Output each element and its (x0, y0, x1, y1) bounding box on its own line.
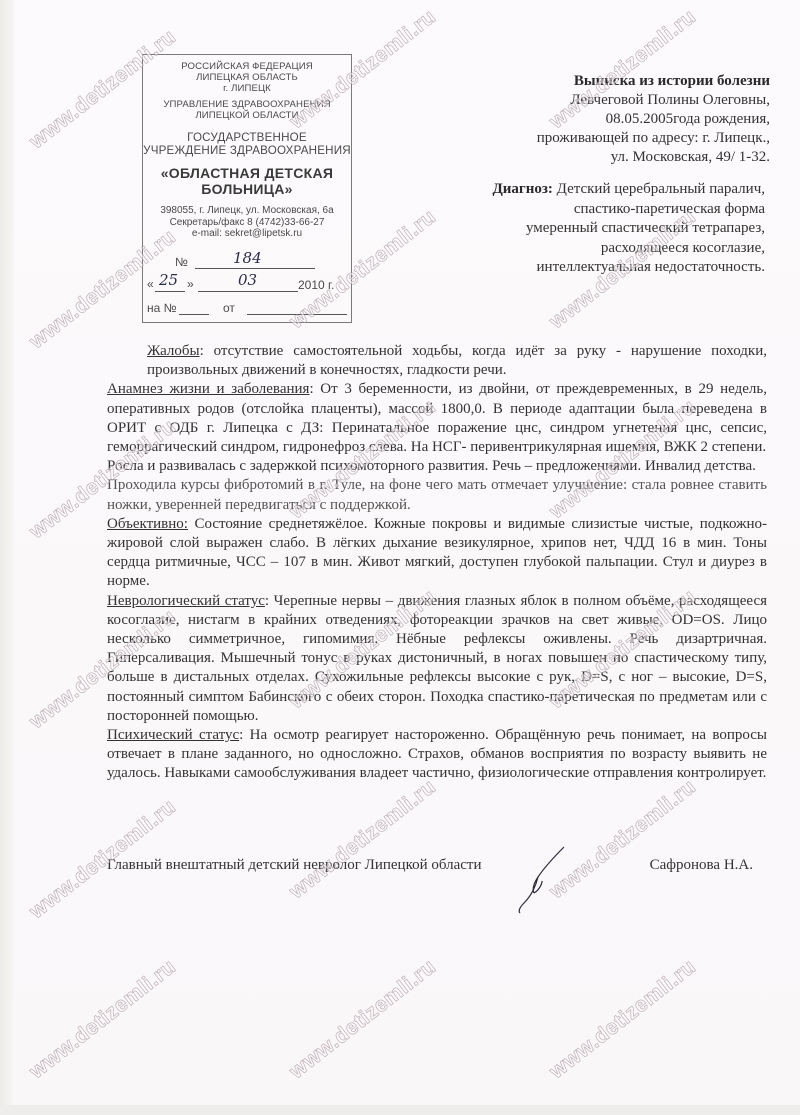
watermark-text: www.detizemli.ru (285, 775, 441, 904)
medical-record-body: Жалобы: отсутствие самостоятельной ходьб… (107, 342, 767, 784)
anamnesis-label: Анамнез жизни и заболевания (107, 381, 309, 397)
stamp-phone: Секретарь/факс 8 (4742)33-66-27 (143, 217, 351, 229)
date-year: 2010 г. (298, 278, 334, 292)
document-page: РОССИЙСКАЯ ФЕДЕРАЦИЯ ЛИПЕЦКАЯ ОБЛАСТЬ г.… (0, 0, 800, 1115)
treatment-section: Проходила курсы фибротомий в г. Туле, на… (107, 476, 767, 514)
complaints-label: Жалобы (147, 343, 200, 359)
stamp-line: ГОСУДАРСТВЕННОЕ (143, 131, 351, 144)
watermark-text: www.detizemli.ru (545, 955, 701, 1084)
stamp-email: e-mail: sekret@lipetsk.ru (143, 228, 351, 240)
stamp-line: УЧРЕЖДЕНИЕ ЗДРАВООХРАНЕНИЯ (143, 144, 351, 157)
patient-address: ул. Московская, 49/ 1-32. (440, 148, 770, 167)
stamp-line: г. ЛИПЕЦК (143, 83, 351, 94)
hospital-name: «ОБЛАСТНАЯ ДЕТСКАЯ (143, 165, 351, 181)
complaints-section: Жалобы: отсутствие самостоятельной ходьб… (107, 342, 767, 380)
watermark-text: www.detizemli.ru (285, 955, 441, 1084)
development-section: Росла и развивалась с задержкой психомот… (107, 457, 767, 476)
stamp-line: РОССИЙСКАЯ ФЕДЕРАЦИЯ (143, 61, 351, 72)
psych-section: Психический статус: На осмотр реагирует … (107, 726, 767, 784)
ref-label: на № (147, 301, 177, 315)
patient-birthdate: 08.05.2005года рождения, (440, 110, 770, 129)
handwritten-number: 184 (233, 249, 262, 267)
objective-section: Объективно: Состояние среднетяжёлое. Кож… (107, 515, 767, 592)
patient-address: проживающей по адресу: г. Липецк., (440, 129, 770, 148)
objective-label: Объективно: (107, 516, 188, 532)
day-line (155, 291, 185, 292)
date-quote-close: » (187, 277, 194, 291)
diagnosis-block: Диагноз: Детский церебральный паралич, с… (435, 180, 765, 278)
patient-name: Левчеговой Полины Олеговны, (440, 91, 770, 110)
ref-number-line (179, 314, 209, 315)
anamnesis-section: Анамнез жизни и заболевания: От 3 береме… (107, 380, 767, 457)
scan-edge (0, 0, 14, 1115)
signer-name: Сафронова Н.А. (650, 857, 753, 874)
psych-label: Психический статус (107, 727, 239, 743)
patient-header: Выписка из истории болезни Левчеговой По… (440, 72, 770, 167)
diagnosis-text: Детский церебральный паралич, (557, 181, 765, 197)
stamp-address: 398055, г. Липецк, ул. Московская, 6а (143, 205, 351, 217)
ref-from-label: от (223, 301, 235, 315)
stamp-line: ЛИПЕЦКАЯ ОБЛАСТЬ (143, 72, 351, 83)
stamp-line: ЛИПЕЦКОЙ ОБЛАСТИ (143, 110, 351, 121)
diagnosis-text: расходящееся косоглазие, (435, 239, 765, 259)
diagnosis-text: интеллектуальная недостаточность. (435, 258, 765, 278)
month-line (198, 291, 298, 292)
hospital-stamp: РОССИЙСКАЯ ФЕДЕРАЦИЯ ЛИПЕЦКАЯ ОБЛАСТЬ г.… (142, 54, 352, 323)
signature-block: Главный внештатный детский невролог Липе… (107, 857, 767, 874)
diagnosis-text: умеренный спастический тетрапарез, (435, 219, 765, 239)
scan-edge-bottom (0, 1105, 800, 1115)
signer-position: Главный внештатный детский невролог Липе… (107, 857, 482, 873)
handwritten-signature-icon (512, 845, 572, 915)
document-title: Выписка из истории болезни (440, 72, 770, 91)
stamp-line: УПРАВЛЕНИЕ ЗДРАВООХРАНЕНИЯ (143, 99, 351, 110)
number-line (195, 268, 315, 269)
number-label: № (175, 255, 188, 269)
neuro-section: Неврологический статус: Черепные нервы –… (107, 592, 767, 726)
date-quote-open: « (147, 277, 154, 291)
watermark-text: www.detizemli.ru (25, 955, 181, 1084)
diagnosis-label: Диагноз: (492, 181, 552, 197)
ref-date-line (247, 314, 347, 315)
handwritten-day: 25 (159, 271, 178, 289)
diagnosis-text: спастико-паретическая форма (435, 200, 765, 220)
neuro-label: Неврологический статус (107, 593, 265, 609)
handwritten-month: 03 (238, 271, 257, 289)
hospital-name: БОЛЬНИЦА» (143, 181, 351, 197)
